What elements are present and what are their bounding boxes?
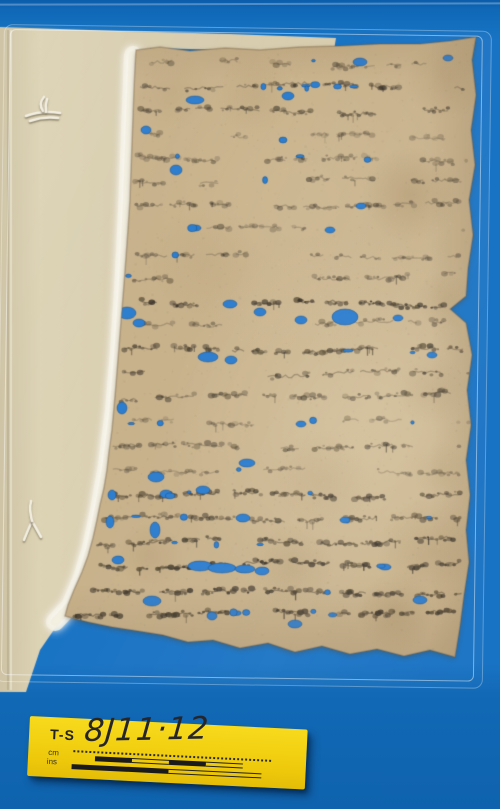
plastic-sleeve-outer-edge (0, 24, 492, 689)
cm-bar-segment-hollow (132, 758, 169, 765)
ins-bar-segment-solid (71, 764, 168, 774)
plastic-sleeve-weld-edge (1, 29, 483, 682)
cm-bar-segment-solid (95, 756, 132, 763)
photograph-stage: T-S 8J11·12 cm ins (0, 0, 500, 809)
ins-bar-segment-hollow (168, 769, 261, 779)
cm-bar-segment-solid (169, 760, 206, 767)
cm-bar-segment-hollow (206, 762, 243, 769)
label-ins-text: ins (47, 757, 58, 766)
label-shelfmark-handwriting: 8J11·12 (83, 710, 211, 749)
label-prefix-text: T-S (50, 726, 76, 743)
